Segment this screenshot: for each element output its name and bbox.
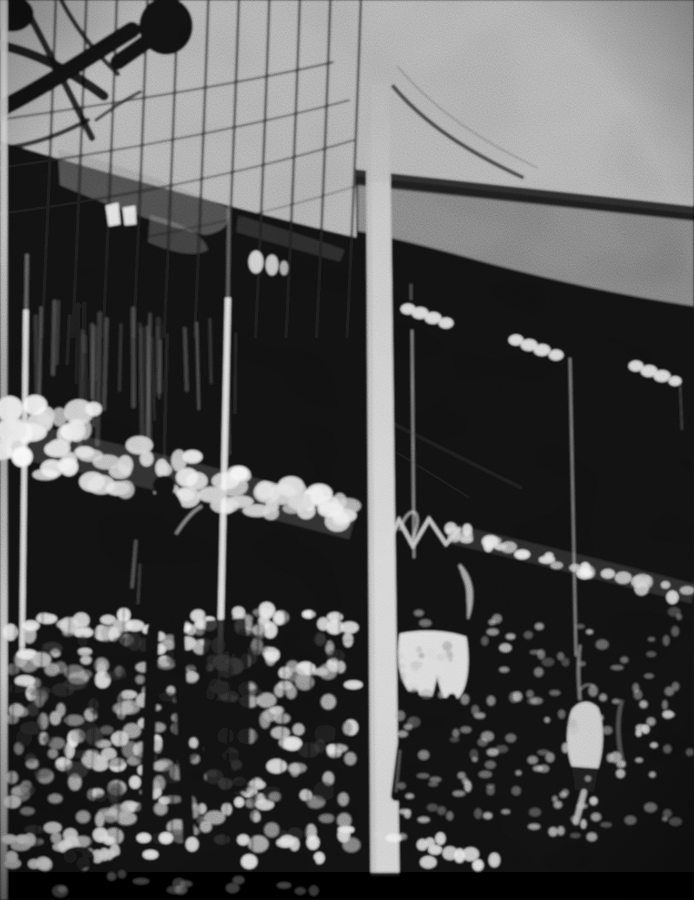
vignette xyxy=(0,0,694,900)
photograph: Grainy black-and-white newspaper photogr… xyxy=(0,0,694,900)
photograph-canvas: Grainy black-and-white newspaper photogr… xyxy=(0,0,694,900)
